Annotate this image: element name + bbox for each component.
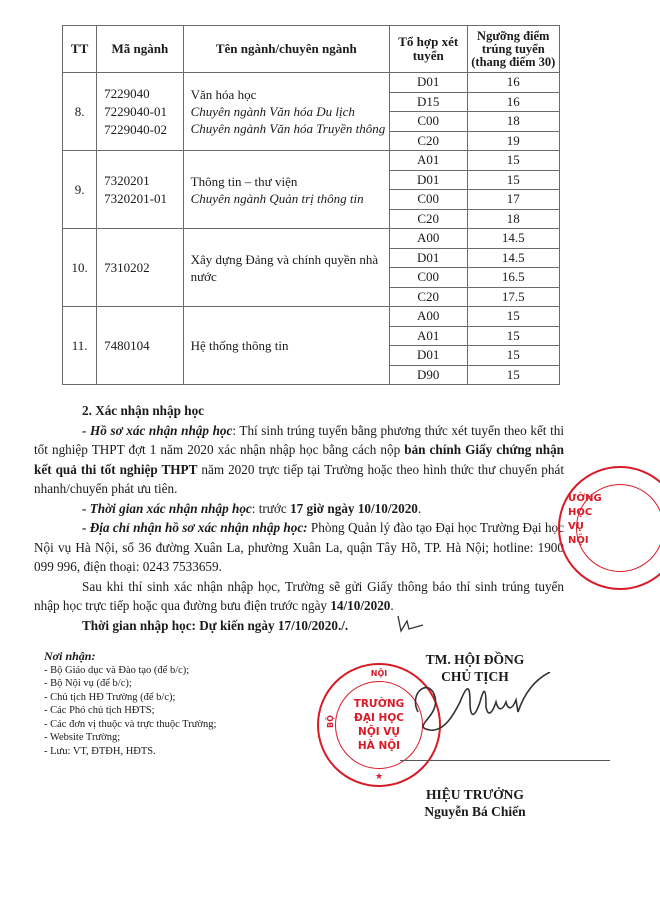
- cell-threshold-score: 18: [467, 112, 559, 132]
- cell-threshold-score: 19: [467, 131, 559, 151]
- table-header-row: TT Mã ngành Tên ngành/chuyên ngành Tổ hợ…: [63, 26, 560, 73]
- initials-mark-icon: [395, 613, 425, 635]
- major-code: 7310202: [104, 259, 182, 277]
- cell-threshold-score: 14.5: [467, 229, 559, 249]
- text-deadline-bold: 17 giờ ngày 10/10/2020: [290, 501, 418, 516]
- cell-codes: 73202017320201-01: [97, 151, 183, 229]
- cell-subject-combo: D01: [389, 170, 467, 190]
- recipient-item: - Bộ Giáo dục và Đào tạo (để b/c);: [44, 664, 216, 678]
- recipient-item: - Bộ Nội vụ (để b/c);: [44, 677, 216, 691]
- text-deadline-a: : trước: [252, 501, 290, 516]
- cell-tt: 8.: [63, 73, 97, 151]
- table-row: 9.73202017320201-01Thông tin – thư việnC…: [63, 151, 560, 171]
- cell-subject-combo: C20: [389, 131, 467, 151]
- cell-threshold-score: 15: [467, 365, 559, 385]
- section-admission-confirmation: 2. Xác nhận nhập học - Hồ sơ xác nhận nh…: [34, 401, 564, 635]
- cell-threshold-score: 15: [467, 307, 559, 327]
- paragraph-enrollment-date: Thời gian nhập học: Dự kiến ngày 17/10/2…: [34, 616, 564, 636]
- cell-subject-combo: C00: [389, 190, 467, 210]
- recipient-item: - Các đơn vị thuộc và trực thuộc Trường;: [44, 718, 216, 732]
- cell-subject-combo: C00: [389, 112, 467, 132]
- header-combo-line2: tuyển: [413, 48, 444, 63]
- cell-threshold-score: 15: [467, 326, 559, 346]
- cell-threshold-score: 16: [467, 73, 559, 93]
- header-combo: Tổ hợp xét tuyển: [389, 26, 467, 73]
- recipients-block: Nơi nhận: - Bộ Giáo dục và Đào tạo (để b…: [44, 650, 216, 758]
- header-score-line1: Ngưỡng điểm: [477, 29, 549, 43]
- admission-score-table: TT Mã ngành Tên ngành/chuyên ngành Tổ hợ…: [62, 25, 560, 385]
- cell-major-name: Thông tin – thư việnChuyên ngành Quản tr…: [183, 151, 389, 229]
- signature-scribble-icon: [400, 672, 560, 742]
- text-enrollment-bold: 17/10/2020./.: [278, 618, 348, 633]
- cell-threshold-score: 15: [467, 151, 559, 171]
- section-heading: 2. Xác nhận nhập học: [34, 401, 564, 421]
- major-name: Hệ thống thông tin: [191, 337, 389, 354]
- cell-threshold-score: 15: [467, 346, 559, 366]
- table-body: 8.72290407229040-017229040-02Văn hóa học…: [63, 73, 560, 385]
- cell-threshold-score: 18: [467, 209, 559, 229]
- major-code: 7320201-01: [104, 190, 182, 208]
- text-notice-a: Sau khi thí sinh xác nhận nhập học, Trườ…: [34, 579, 564, 614]
- label-address: - Địa chỉ nhận hồ sơ xác nhận nhập học:: [82, 520, 308, 535]
- major-code: 7229040-01: [104, 103, 182, 121]
- stamp-star-icon: ★: [375, 772, 383, 782]
- cell-subject-combo: D01: [389, 73, 467, 93]
- header-score: Ngưỡng điểm trúng tuyển (thang điểm 30): [467, 26, 559, 73]
- cell-codes: 72290407229040-017229040-02: [97, 73, 183, 151]
- header-tt: TT: [63, 26, 97, 73]
- header-code: Mã ngành: [97, 26, 183, 73]
- text-enrollment-a: Thời gian nhập học: Dự kiến ngày: [82, 618, 278, 633]
- cell-major-name: Văn hóa họcChuyên ngành Văn hóa Du lịchC…: [183, 73, 389, 151]
- header-combo-line1: Tổ hợp xét: [398, 34, 458, 49]
- partial-stamp-line: HỌC: [568, 506, 602, 520]
- cell-threshold-score: 16.5: [467, 268, 559, 288]
- cell-threshold-score: 16: [467, 92, 559, 112]
- cell-tt: 9.: [63, 151, 97, 229]
- partial-stamp-text: ƯỜNGHỌCVỤNỘI: [568, 492, 602, 548]
- cell-tt: 11.: [63, 307, 97, 385]
- cell-codes: 7480104: [97, 307, 183, 385]
- cell-threshold-score: 14.5: [467, 248, 559, 268]
- recipient-item: - Lưu: VT, ĐTĐH, HĐTS.: [44, 745, 216, 759]
- paragraph-deadline: - Thời gian xác nhận nhập học: trước 17 …: [34, 499, 564, 519]
- cell-subject-combo: A00: [389, 229, 467, 249]
- signature-underline: [400, 760, 610, 761]
- major-code: 7320201: [104, 172, 182, 190]
- recipient-item: - Chủ tịch HĐ Trường (để b/c);: [44, 691, 216, 705]
- major-code: 7229040: [104, 85, 182, 103]
- paragraph-notice: Sau khi thí sinh xác nhận nhập học, Trườ…: [34, 577, 564, 616]
- table-row: 11.7480104Hệ thống thông tinA0015: [63, 307, 560, 327]
- document-page: TT Mã ngành Tên ngành/chuyên ngành Tổ hợ…: [0, 0, 660, 902]
- paragraph-documents: - Hồ sơ xác nhận nhập học: Thí sinh trún…: [34, 421, 564, 499]
- recipients-title: Nơi nhận:: [44, 650, 216, 664]
- cell-subject-combo: C20: [389, 287, 467, 307]
- paragraph-address: - Địa chỉ nhận hồ sơ xác nhận nhập học: …: [34, 518, 564, 577]
- text-notice-bold: 14/10/2020: [330, 598, 390, 613]
- signature-name-block: HIỆU TRƯỞNG Nguyễn Bá Chiến: [380, 786, 570, 820]
- recipient-item: - Các Phó chủ tịch HĐTS;: [44, 704, 216, 718]
- cell-subject-combo: D90: [389, 365, 467, 385]
- cell-threshold-score: 17.5: [467, 287, 559, 307]
- specialization-name: Chuyên ngành Văn hóa Du lịch: [191, 103, 389, 120]
- cell-codes: 7310202: [97, 229, 183, 307]
- cell-subject-combo: A01: [389, 326, 467, 346]
- cell-subject-combo: D01: [389, 346, 467, 366]
- label-deadline: - Thời gian xác nhận nhập học: [82, 501, 252, 516]
- specialization-name: Chuyên ngành Quản trị thông tin: [191, 190, 389, 207]
- recipient-item: - Website Trường;: [44, 731, 216, 745]
- cell-threshold-score: 15: [467, 170, 559, 190]
- cell-major-name: Hệ thống thông tin: [183, 307, 389, 385]
- major-code: 7229040-02: [104, 121, 182, 139]
- partial-stamp-line: VỤ: [568, 520, 602, 534]
- partial-seal-stamp: ƯỜNGHỌCVỤNỘI VỤ: [558, 466, 660, 590]
- header-name: Tên ngành/chuyên ngành: [183, 26, 389, 73]
- signature-position: HIỆU TRƯỞNG: [380, 786, 570, 803]
- major-code: 7480104: [104, 337, 182, 355]
- cell-tt: 10.: [63, 229, 97, 307]
- major-name: Xây dựng Đảng và chính quyền nhà nước: [191, 251, 389, 285]
- cell-threshold-score: 17: [467, 190, 559, 210]
- text-deadline-b: .: [418, 501, 421, 516]
- cell-subject-combo: D15: [389, 92, 467, 112]
- text-notice-b: .: [390, 598, 393, 613]
- major-name: Văn hóa học: [191, 86, 389, 103]
- table-row: 8.72290407229040-017229040-02Văn hóa học…: [63, 73, 560, 93]
- table-row: 10.7310202Xây dựng Đảng và chính quyền n…: [63, 229, 560, 249]
- label-documents: - Hồ sơ xác nhận nhập học: [82, 423, 232, 438]
- cell-subject-combo: D01: [389, 248, 467, 268]
- partial-stamp-line: NỘI: [568, 534, 602, 548]
- header-score-line3: (thang điểm 30): [471, 55, 555, 69]
- major-name: Thông tin – thư viện: [191, 173, 389, 190]
- partial-stamp-line: ƯỜNG: [568, 492, 602, 506]
- cell-subject-combo: C20: [389, 209, 467, 229]
- cell-subject-combo: A01: [389, 151, 467, 171]
- signature-name: Nguyễn Bá Chiến: [380, 803, 570, 820]
- cell-subject-combo: A00: [389, 307, 467, 327]
- specialization-name: Chuyên ngành Văn hóa Truyền thông: [191, 120, 389, 137]
- cell-subject-combo: C00: [389, 268, 467, 288]
- header-score-line2: trúng tuyển: [482, 42, 545, 56]
- cell-major-name: Xây dựng Đảng và chính quyền nhà nước: [183, 229, 389, 307]
- recipients-list: - Bộ Giáo dục và Đào tạo (để b/c);- Bộ N…: [44, 664, 216, 759]
- signature-line1: TM. HỘI ĐỒNG: [380, 651, 570, 668]
